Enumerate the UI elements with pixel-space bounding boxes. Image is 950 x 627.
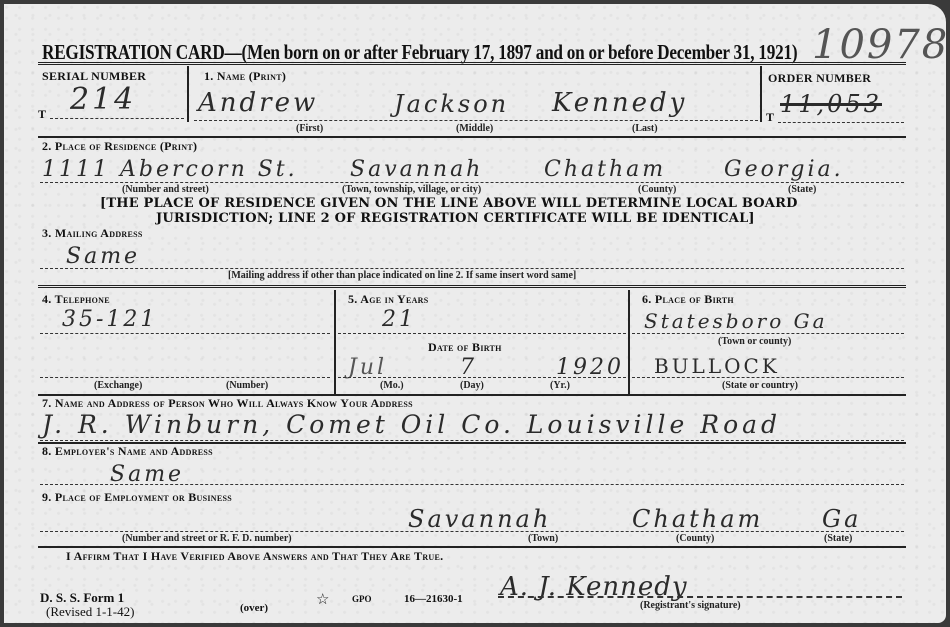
name-last: Kennedy [552, 88, 687, 118]
telephone-sub-exchange: (Exchange) [94, 380, 142, 391]
residence-town: Savannah [350, 157, 483, 182]
birthplace-state: BULLOCK [654, 354, 780, 378]
telephone-sub-number: (Number) [226, 380, 268, 391]
gpo-label: GPO [352, 594, 372, 604]
employment-sub-street: (Number and street or R. F. D. number) [122, 533, 292, 544]
name-sub-middle: (Middle) [456, 123, 493, 134]
telephone-line-2 [40, 377, 330, 378]
affirmation-text: I Affirm That I Have Verified Above Answ… [66, 549, 443, 564]
dob-sub-mo: (Mo.) [380, 380, 404, 391]
star-icon: ☆ [316, 590, 329, 609]
age-label: 5. Age in Years [348, 292, 429, 307]
name-first: Andrew [198, 88, 318, 118]
residence-sub-street: (Number and street) [122, 184, 209, 195]
employment-sub-state: (State) [824, 533, 852, 544]
contact-label: 7. Name and Address of Person Who Will A… [42, 396, 413, 411]
name-sub-first: (First) [296, 123, 323, 134]
telephone-label: 4. Telephone [42, 292, 110, 307]
residence-line [40, 182, 904, 183]
row-rule [38, 546, 906, 548]
residence-street: 1111 Abercorn St. [42, 157, 298, 182]
signature-line [498, 596, 902, 598]
name-label: 1. Name (Print) [204, 69, 286, 84]
print-code: 16—21630-1 [404, 593, 463, 605]
residence-label: 2. Place of Residence (Print) [42, 139, 197, 154]
order-prefix: T [766, 110, 774, 125]
employment-town: Savannah [408, 505, 551, 533]
employment-county: Chatham [632, 505, 763, 533]
mailing-value: Same [66, 244, 140, 269]
telephone-value: 35-121 [62, 307, 157, 332]
employer-line [40, 484, 904, 485]
birthplace-state-line [632, 377, 904, 378]
name-middle: Jackson [394, 90, 509, 118]
employment-line [40, 531, 904, 532]
birthplace-town: Statesboro Ga [644, 309, 828, 333]
mailing-label: 3. Mailing Address [42, 226, 143, 241]
employment-state: Ga [822, 505, 861, 533]
birthplace-label: 6. Place of Birth [642, 292, 734, 307]
serial-value: 214 [70, 82, 136, 117]
residence-sub-state: (State) [788, 184, 816, 195]
birthplace-sub-town: (Town or county) [718, 336, 791, 347]
registration-card: REGISTRATION CARD—(Men born on or after … [4, 4, 946, 623]
dob-sub-yr: (Yr.) [550, 380, 570, 391]
divider [628, 290, 630, 394]
contact-line [40, 440, 904, 441]
order-value: 11,053 [780, 90, 882, 118]
divider [187, 66, 189, 122]
serial-prefix: T [38, 107, 46, 122]
age-value: 21 [382, 307, 416, 332]
residence-sub-town: (Town, township, village, or city) [342, 184, 481, 195]
over-label: (over) [240, 602, 268, 614]
residence-notice-1: [THE PLACE OF RESIDENCE GIVEN ON THE LIN… [100, 196, 798, 211]
birthplace-line [632, 333, 904, 334]
name-line [194, 120, 758, 121]
residence-notice-2: JURISDICTION; LINE 2 OF REGISTRATION CER… [156, 211, 755, 226]
form-revised: (Revised 1-1-42) [46, 604, 134, 620]
residence-county: Chatham [544, 157, 666, 182]
employer-label: 8. Employer's Name and Address [42, 444, 213, 459]
employment-label: 9. Place of Employment or Business [42, 490, 232, 505]
name-sub-last: (Last) [632, 123, 658, 134]
employment-sub-town: (Town) [528, 533, 558, 544]
contact-value: J. R. Winburn, Comet Oil Co. Louisville … [42, 410, 781, 439]
age-line [338, 333, 626, 334]
title-rule [38, 62, 906, 65]
divider [334, 290, 336, 394]
mailing-note: [Mailing address if other than place ind… [228, 270, 576, 281]
residence-state: Georgia. [724, 157, 844, 182]
divider [760, 66, 762, 122]
signature-label: (Registrant's signature) [640, 600, 741, 611]
mailing-line [40, 268, 904, 269]
row-rule [38, 285, 906, 288]
row-rule [38, 136, 906, 138]
order-line [778, 122, 904, 123]
dob-sub-day: (Day) [460, 380, 484, 391]
dob-label: Date of Birth [428, 340, 502, 355]
dob-line [338, 377, 626, 378]
serial-line [50, 118, 184, 119]
employment-sub-county: (County) [676, 533, 714, 544]
residence-sub-county: (County) [638, 184, 676, 195]
order-label: ORDER NUMBER [768, 71, 871, 86]
telephone-line [40, 333, 330, 334]
birthplace-sub-state: (State or country) [722, 380, 798, 391]
